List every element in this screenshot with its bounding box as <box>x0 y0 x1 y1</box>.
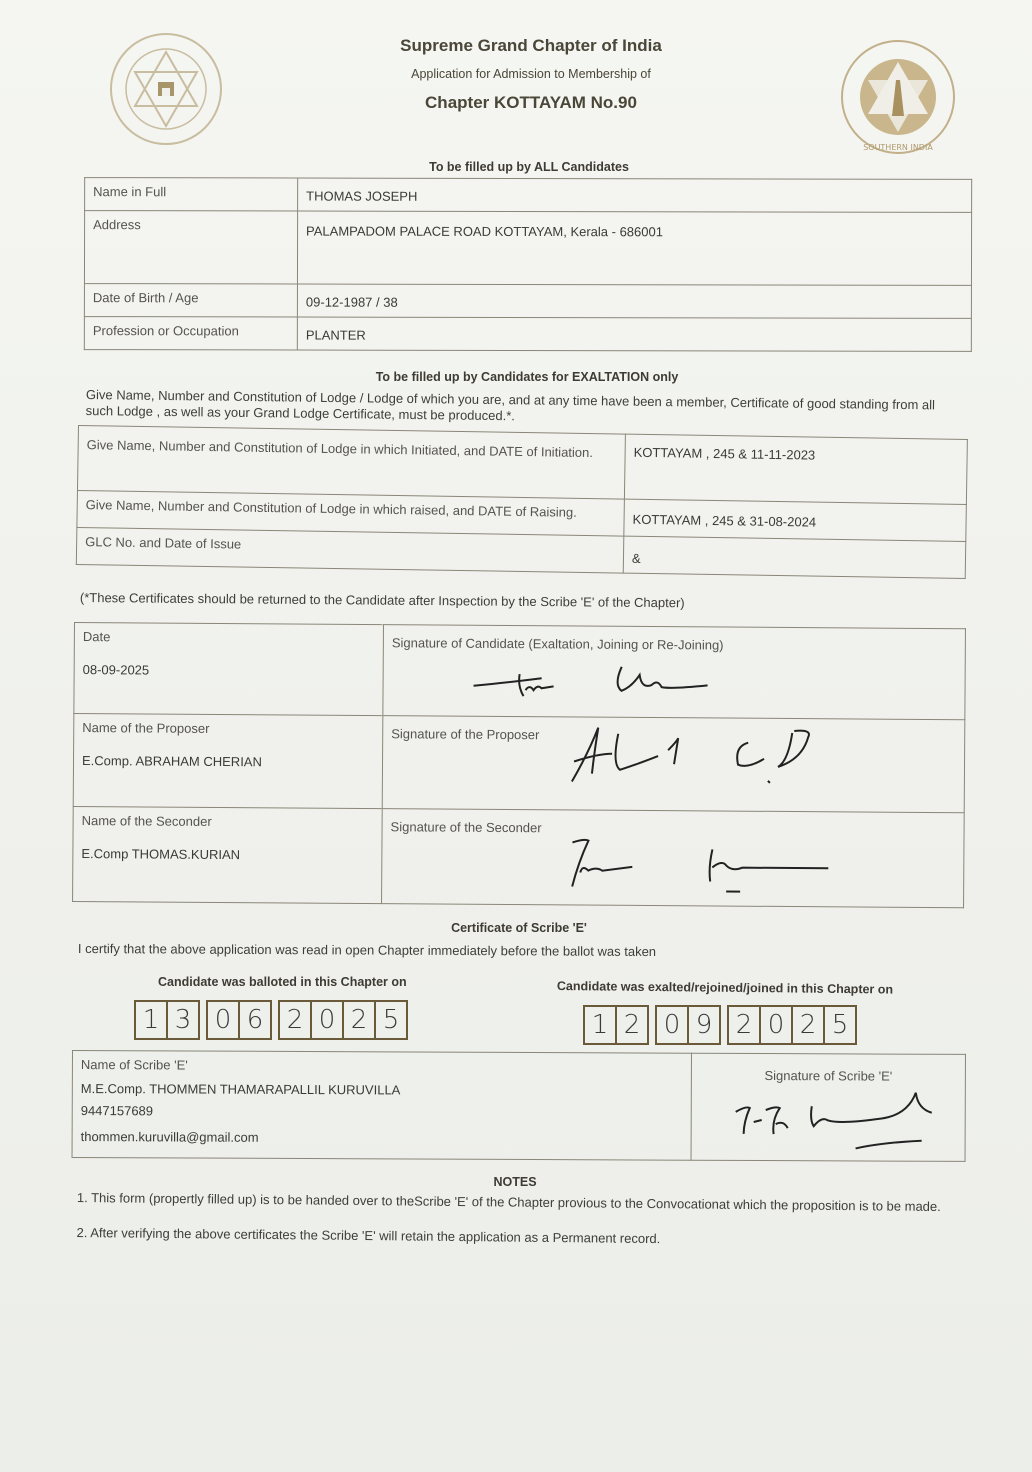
table-row: Profession or Occupation PLANTER <box>84 317 971 352</box>
scribe-signature-cell[interactable]: Signature of Scribe 'E' <box>691 1053 965 1161</box>
glc-label: GLC No. and Date of Issue <box>76 527 624 573</box>
table-row: Name of the Proposer E.Comp. ABRAHAM CHE… <box>73 714 965 813</box>
lodge-details-table: Give Name, Number and Constitution of Lo… <box>76 425 968 579</box>
exaltation-instructions: Give Name, Number and Constitution of Lo… <box>86 387 966 430</box>
scribe-name-label: Name of Scribe 'E' <box>81 1055 683 1078</box>
organization-title: Supreme Grand Chapter of India <box>0 36 1032 56</box>
exalted-month: 09 <box>655 1005 721 1045</box>
exalted-label: Candidate was exalted/rejoined/joined in… <box>557 979 893 997</box>
candidate-signature-label: Signature of Candidate (Exaltation, Join… <box>392 635 957 654</box>
seconder-signature-cell[interactable]: Signature of the Seconder <box>382 809 965 908</box>
table-row: Name of Scribe 'E' M.E.Comp. THOMMEN THA… <box>72 1051 965 1162</box>
chapter-name: Chapter KOTTAYAM No.90 <box>0 93 1032 113</box>
candidate-signature-cell[interactable]: Signature of Candidate (Exaltation, Join… <box>383 625 966 720</box>
svg-text:SOUTHERN INDIA: SOUTHERN INDIA <box>863 143 933 152</box>
scribe-phone[interactable]: 9447157689 <box>81 1101 683 1124</box>
scribe-name[interactable]: M.E.Comp. THOMMEN THAMARAPALLIL KURUVILL… <box>81 1079 683 1102</box>
scribe-statement: I certify that the above application was… <box>78 941 656 959</box>
address-value[interactable]: PALAMPADOM PALACE ROAD KOTTAYAM, Kerala … <box>297 211 971 285</box>
form-subtitle: Application for Admission to Membership … <box>0 67 1032 81</box>
table-row: Date of Birth / Age 09-12-1987 / 38 <box>84 284 971 319</box>
scribe-signature-label: Signature of Scribe 'E' <box>700 1068 957 1084</box>
proposer-cell: Name of the Proposer E.Comp. ABRAHAM CHE… <box>73 714 383 809</box>
proposer-label: Name of the Proposer <box>82 720 374 737</box>
note-item: 2. After verifying the above certificate… <box>76 1225 961 1249</box>
proposer-signature-cell[interactable]: Signature of the Proposer <box>382 716 965 813</box>
all-candidates-heading: To be filled up by ALL Candidates <box>0 160 1032 174</box>
name-label: Name in Full <box>85 178 298 211</box>
balloted-date-boxes[interactable]: 13 06 2025 <box>134 1000 408 1040</box>
scribe-signature-icon <box>732 1090 952 1155</box>
application-form-page: SOUTHERN INDIA Supreme Grand Chapter of … <box>0 0 1032 1472</box>
profession-value[interactable]: PLANTER <box>297 317 971 351</box>
seconder-signature-label: Signature of the Seconder <box>391 819 956 838</box>
balloted-day: 13 <box>134 1000 200 1040</box>
raising-value[interactable]: KOTTAYAM , 245 & 31-08-2024 <box>624 499 967 541</box>
scribe-details-cell: Name of Scribe 'E' M.E.Comp. THOMMEN THA… <box>72 1051 691 1161</box>
balloted-year: 2025 <box>278 1000 408 1040</box>
glc-value[interactable]: & <box>623 536 966 578</box>
proposer-value[interactable]: E.Comp. ABRAHAM CHERIAN <box>82 753 374 770</box>
seconder-cell: Name of the Seconder E.Comp THOMAS.KURIA… <box>73 806 383 903</box>
note-item: 1. This form (propertly filled up) is to… <box>77 1190 962 1214</box>
table-row: Name of the Seconder E.Comp THOMAS.KURIA… <box>73 806 965 907</box>
scribe-table: Name of Scribe 'E' M.E.Comp. THOMMEN THA… <box>72 1050 966 1162</box>
balloted-month: 06 <box>206 1000 272 1040</box>
exalted-date-boxes[interactable]: 12 09 2025 <box>583 1005 857 1045</box>
date-label: Date <box>83 629 375 646</box>
table-row: Name in Full THOMAS JOSEPH <box>85 178 972 213</box>
notes-list: 1. This form (propertly filled up) is to… <box>76 1190 961 1249</box>
signatures-table: Date 08-09-2025 Signature of Candidate (… <box>72 622 966 908</box>
certificate-footnote: (*These Certificates should be returned … <box>80 590 685 610</box>
name-value[interactable]: THOMAS JOSEPH <box>298 178 972 212</box>
date-cell: Date 08-09-2025 <box>74 623 384 716</box>
profession-label: Profession or Occupation <box>84 317 297 350</box>
address-label: Address <box>84 211 297 284</box>
initiation-label: Give Name, Number and Constitution of Lo… <box>77 426 625 500</box>
scribe-email[interactable]: thommen.kuruvilla@gmail.com <box>81 1127 683 1150</box>
date-value[interactable]: 08-09-2025 <box>83 662 375 679</box>
table-row: Address PALAMPADOM PALACE ROAD KOTTAYAM,… <box>84 211 971 286</box>
table-row: Date 08-09-2025 Signature of Candidate (… <box>74 623 966 720</box>
balloted-label: Candidate was balloted in this Chapter o… <box>158 975 407 989</box>
seconder-value[interactable]: E.Comp THOMAS.KURIAN <box>81 846 373 863</box>
exaltation-heading: To be filled up by Candidates for EXALTA… <box>0 370 1032 384</box>
proposer-signature-icon <box>568 723 828 789</box>
scribe-certificate-heading: Certificate of Scribe 'E' <box>0 921 1032 935</box>
exalted-day: 12 <box>583 1005 649 1045</box>
dob-label: Date of Birth / Age <box>84 284 297 317</box>
seconder-label: Name of the Seconder <box>82 813 374 830</box>
initiation-value[interactable]: KOTTAYAM , 245 & 11-11-2023 <box>624 434 967 504</box>
seconder-signature-icon <box>562 836 842 902</box>
dob-value[interactable]: 09-12-1987 / 38 <box>297 284 971 318</box>
notes-heading: NOTES <box>0 1175 1030 1189</box>
candidate-signature-icon <box>471 656 711 702</box>
exalted-year: 2025 <box>727 1005 857 1045</box>
candidate-details-table: Name in Full THOMAS JOSEPH Address PALAM… <box>84 177 972 352</box>
